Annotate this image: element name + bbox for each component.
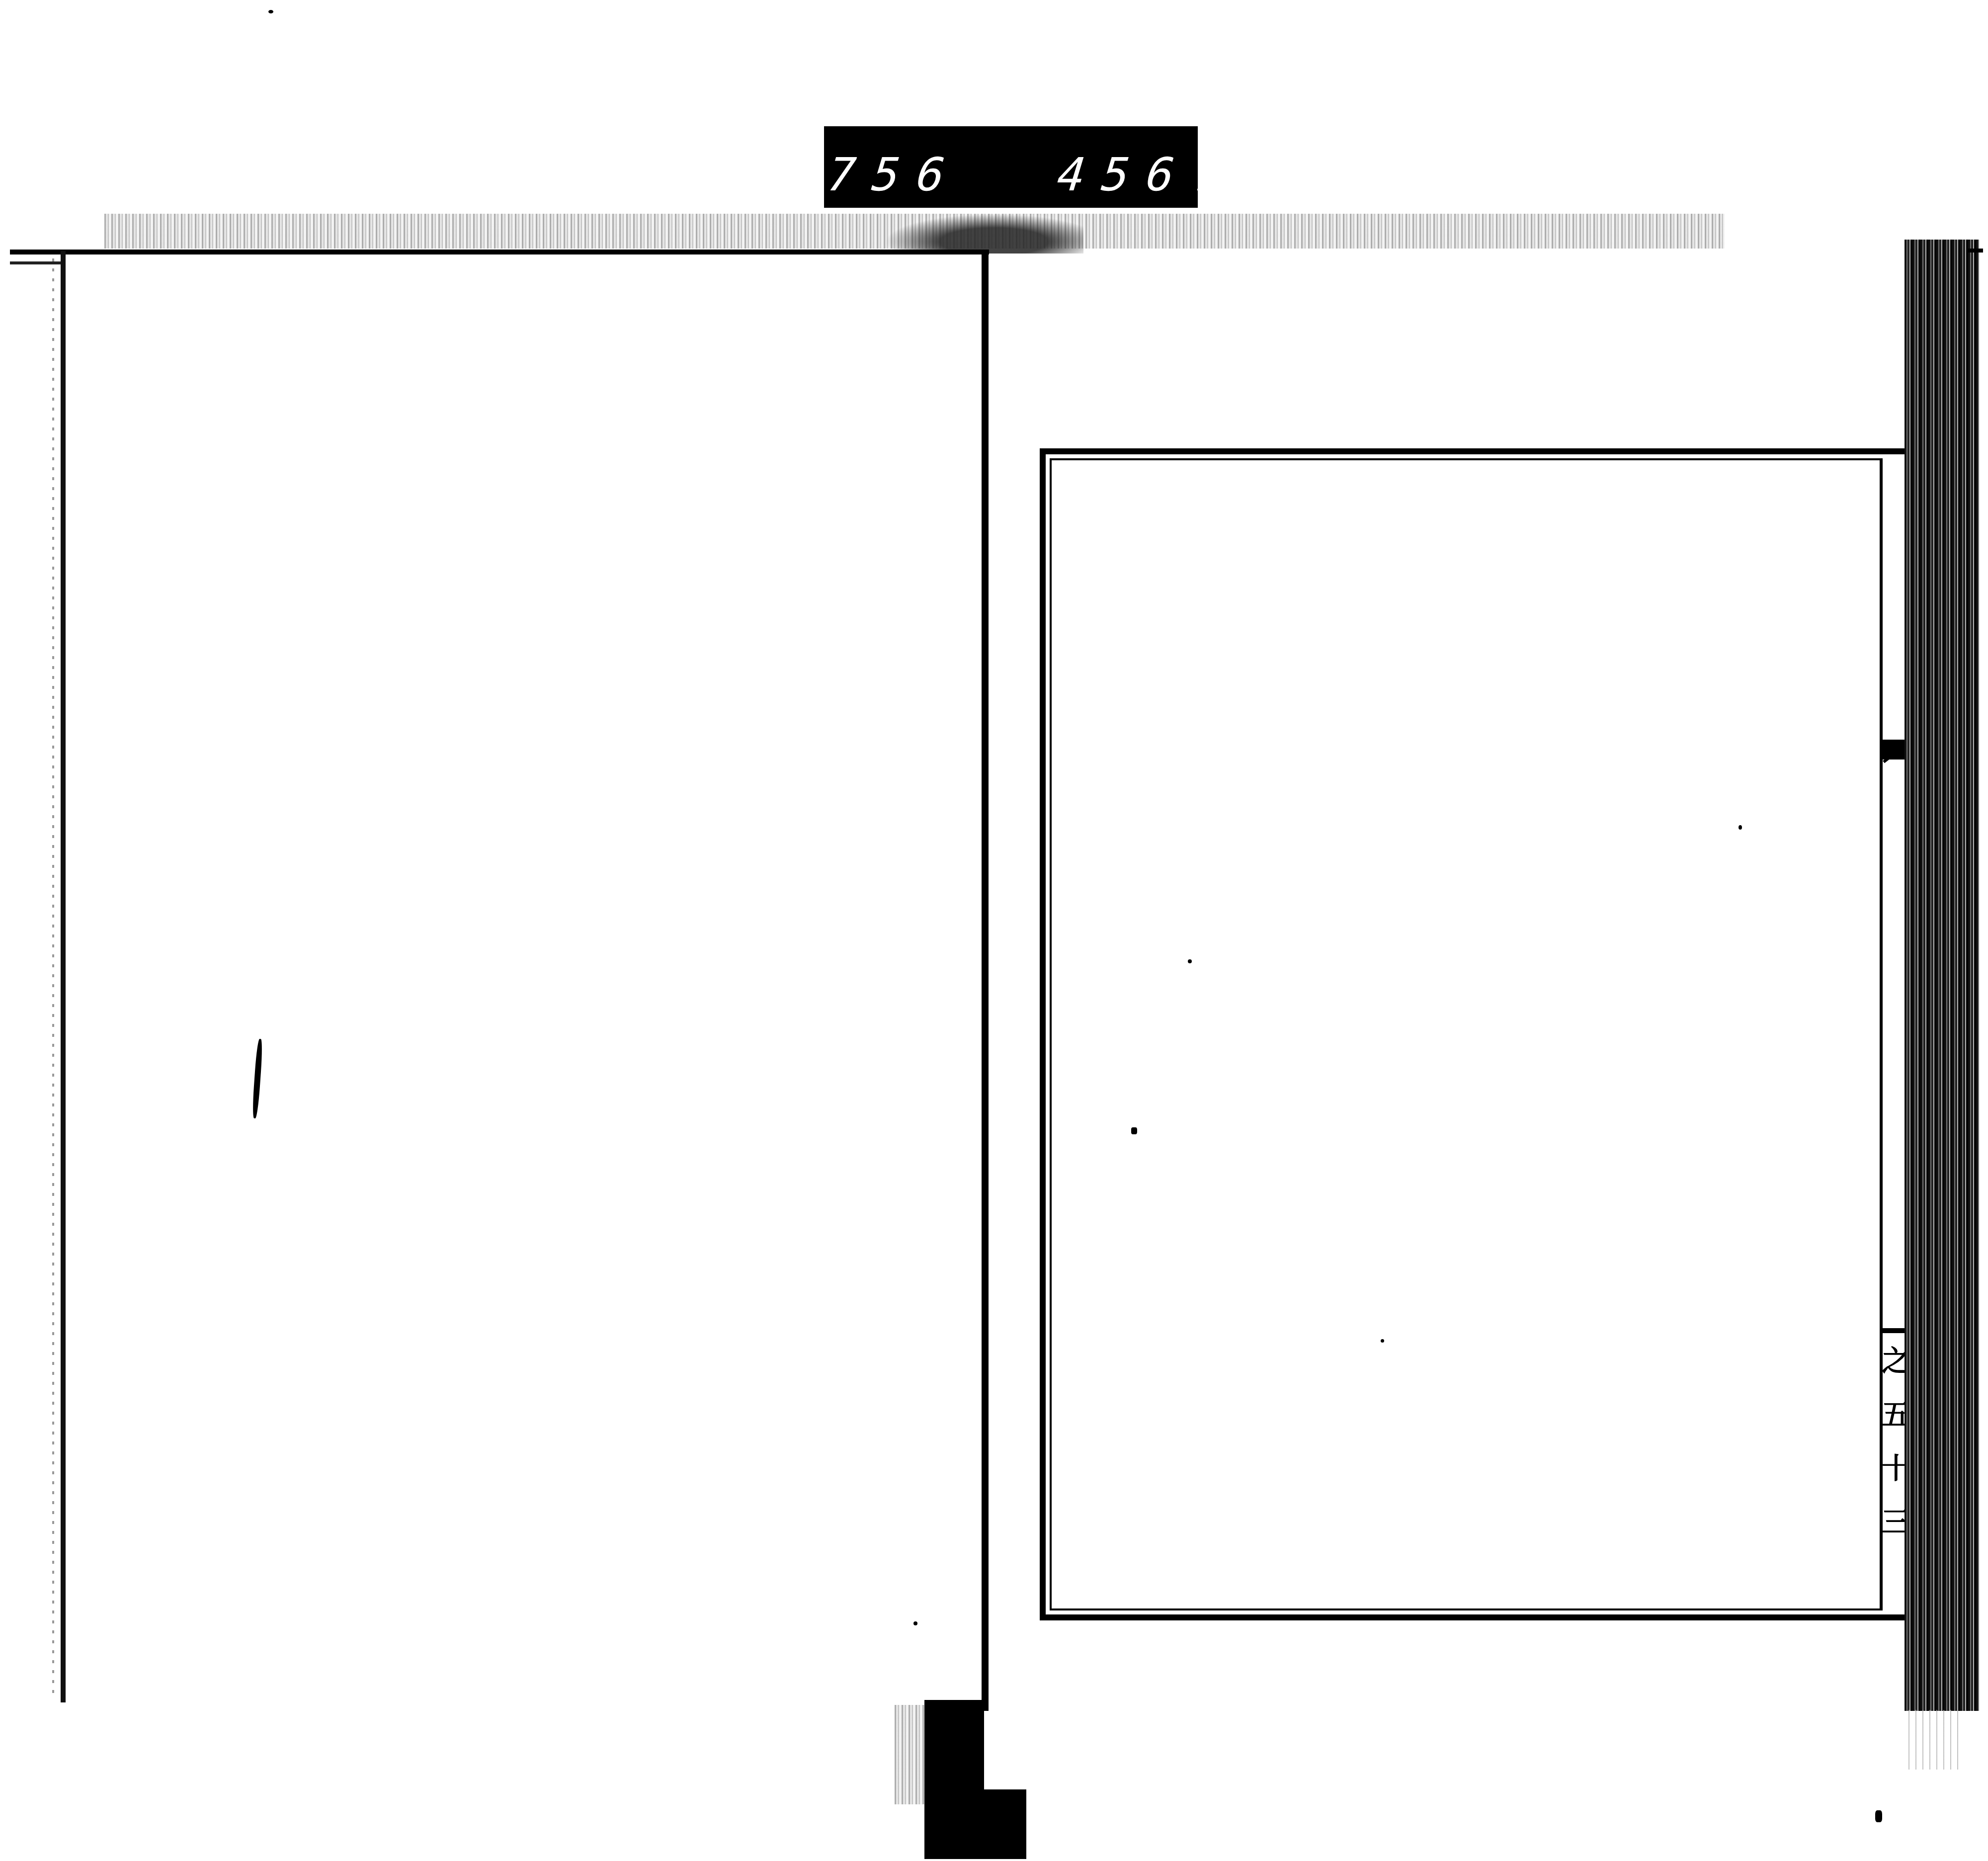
tag-right-number: 456. xyxy=(1055,148,1238,201)
ink-speck xyxy=(268,10,273,13)
left-page-top-edge-secondary xyxy=(10,261,65,264)
ink-speck xyxy=(913,1621,917,1625)
top-shadow xyxy=(885,214,1083,254)
page-edge-lip xyxy=(1968,249,1983,253)
page-edge-fade xyxy=(1908,1710,1963,1770)
scanner-number-tag: 756 456. xyxy=(824,126,1198,208)
left-page-top-edge xyxy=(10,250,989,254)
left-page-outer-edge xyxy=(61,251,66,1702)
ink-speck xyxy=(1131,1127,1137,1134)
ink-speck xyxy=(1188,959,1192,963)
ink-speck xyxy=(1875,1810,1882,1822)
book-gutter xyxy=(982,250,989,1711)
right-page-body xyxy=(1054,462,1876,1606)
left-page-body xyxy=(70,258,974,1700)
gutter-shadow-step xyxy=(982,1789,1026,1859)
tag-left-number: 756 xyxy=(825,148,964,201)
left-page-faint-edge xyxy=(52,258,54,1700)
ink-speck xyxy=(1381,1339,1384,1343)
page-edge-stack xyxy=(1905,240,1979,1711)
gutter-shadow-bottom xyxy=(924,1700,984,1859)
gutter-noise xyxy=(895,1705,924,1804)
ink-speck xyxy=(1739,825,1742,830)
